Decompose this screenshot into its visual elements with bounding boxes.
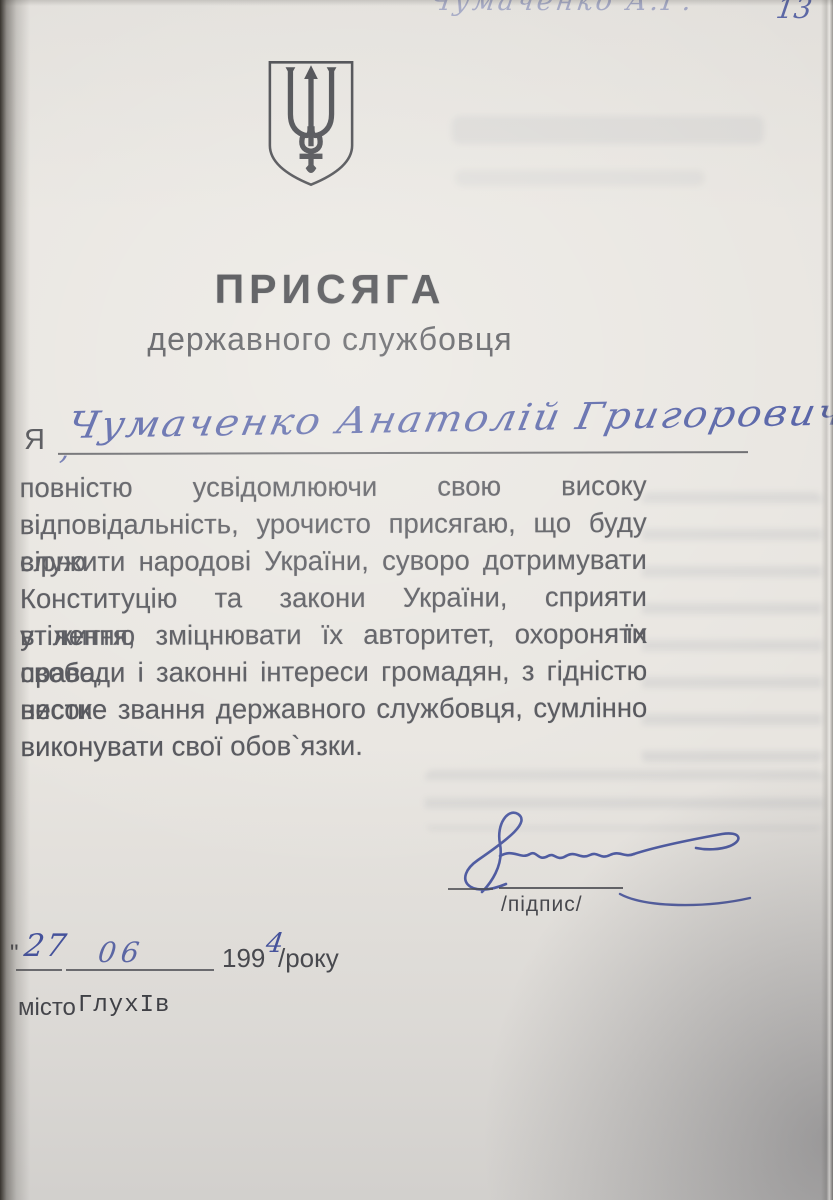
page-top-edge-shadow: [0, 0, 833, 6]
document-title: ПРИСЯГА: [0, 266, 660, 313]
oath-pronoun: Я: [24, 424, 45, 457]
page-number: 13: [774, 0, 814, 25]
bleed-through-text: [455, 170, 705, 186]
oath-line: Конституцію та закони України, сприяти в…: [20, 578, 647, 617]
place-city: ГлухІв: [78, 992, 170, 1019]
trident-center-spear: [304, 65, 318, 79]
name-underline: [58, 451, 748, 455]
place-label: місто: [18, 994, 76, 1022]
date-day-underline: [16, 969, 62, 971]
signature-caption: /підпис/: [501, 893, 583, 917]
document-subtitle: державного службовця: [0, 321, 660, 358]
date-month-underline: [66, 969, 214, 971]
oath-body: повністю усвідомлюючи свою високу відпов…: [19, 467, 647, 765]
signature-underline: [448, 888, 493, 890]
handwritten-day: 27: [22, 928, 71, 964]
bleed-through-text: [452, 116, 764, 144]
oath-line: у життя, зміцнювати їх авторитет, охорон…: [20, 615, 647, 654]
year-printed: 199: [222, 943, 265, 974]
document-title-block: ПРИСЯГА державного службовця: [0, 266, 660, 358]
handwritten-month: 06: [96, 936, 146, 969]
scanned-oath-document: Чумаченко А.Г. 13 ПРИСЯГА державного слу…: [0, 0, 833, 1200]
ukraine-trident-icon: [264, 58, 358, 190]
year-suffix: /року: [278, 943, 339, 974]
oath-line: служити народові України, суворо дотриму…: [20, 541, 647, 580]
bleed-through-text: [642, 492, 822, 764]
date-opening-quote: ": [10, 940, 19, 968]
oath-line: відповідальність, урочисто присягаю, що …: [20, 504, 647, 543]
handwritten-name: Чумаченко Анатолій Григорович: [64, 391, 833, 447]
page-right-edge: [821, 0, 833, 1200]
signature-underline: [499, 887, 623, 889]
oath-line: свободи і законні інтереси громадян, з г…: [20, 652, 647, 691]
top-annotation-handwritten: Чумаченко А.Г.: [428, 0, 696, 17]
oath-line: виконувати свої обов`язки.: [20, 726, 647, 765]
signature-flourish-stroke: [616, 884, 756, 916]
oath-line: високе звання державного службовця, сумл…: [20, 689, 647, 728]
oath-line: повністю усвідомлюючи свою високу: [19, 467, 646, 506]
